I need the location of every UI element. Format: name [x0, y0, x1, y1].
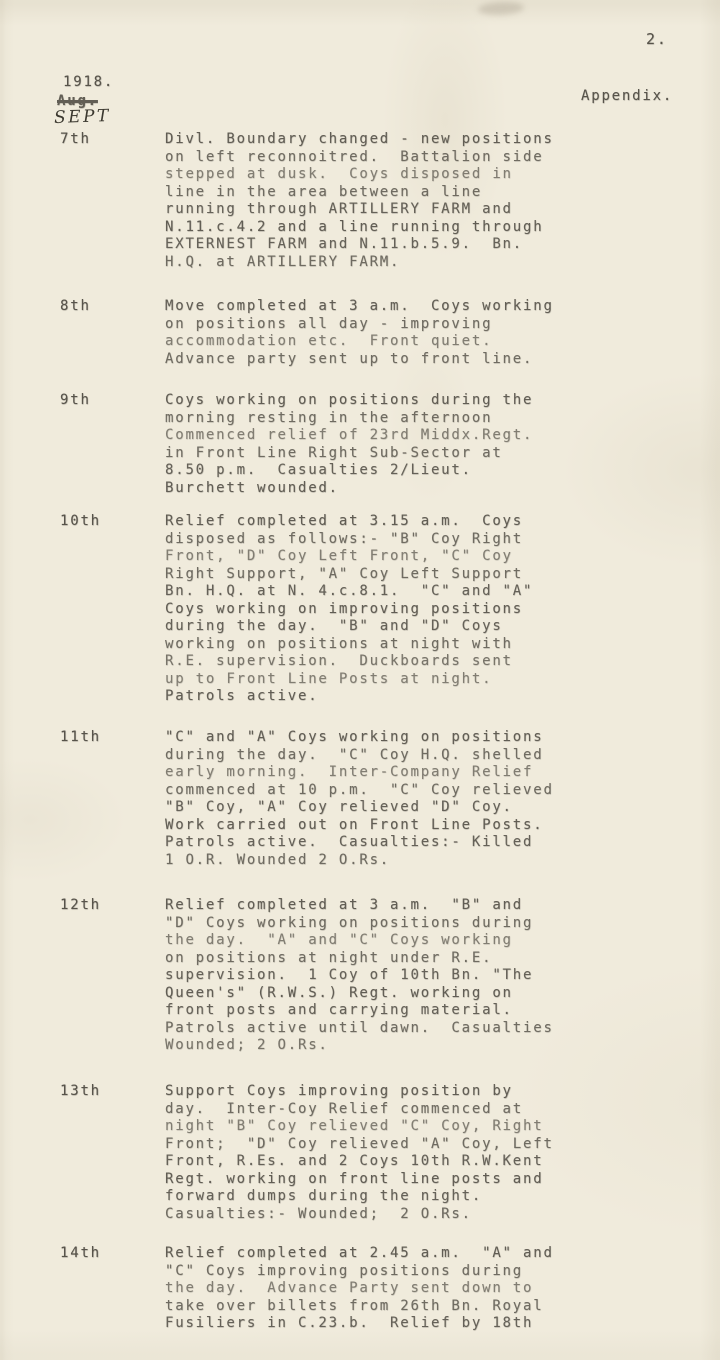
entry-text-line: front posts and carrying material.: [165, 1002, 554, 1020]
entry-text-line: early morning. Inter-Company Relief: [165, 764, 554, 782]
entry-text-line: Casualties:- Wounded; 2 O.Rs.: [165, 1206, 554, 1224]
entry-text-line: up to Front Line Posts at night.: [165, 671, 533, 689]
entry-text-line: Advance party sent up to front line.: [165, 351, 554, 369]
entry-text-line: in Front Line Right Sub-Sector at: [165, 445, 533, 463]
entry-body: Relief completed at 2.45 a.m. "A" and"C"…: [165, 1245, 554, 1333]
entry-text-line: line in the area between a line: [165, 184, 554, 202]
entry-text-line: during the day. "C" Coy H.Q. shelled: [165, 747, 554, 765]
entry-text-line: Front, R.Es. and 2 Coys 10th R.W.Kent: [165, 1153, 554, 1171]
entry-text-line: Fusiliers in C.23.b. Relief by 18th: [165, 1315, 554, 1333]
entry-text-line: Front; "D" Coy relieved "A" Coy, Left: [165, 1136, 554, 1154]
entry-day-label: 11th: [60, 729, 101, 745]
entry-body: "C" and "A" Coys working on positionsdur…: [165, 729, 554, 869]
entries: 7th Divl. Boundary changed - new positio…: [0, 0, 720, 1360]
entry-text-line: Divl. Boundary changed - new positions: [165, 131, 554, 149]
entry-body: Support Coys improving position byday. I…: [165, 1083, 554, 1223]
entry-text-line: Move completed at 3 a.m. Coys working: [165, 298, 554, 316]
entry-text-line: Support Coys improving position by: [165, 1083, 554, 1101]
entry-text-line: accommodation etc. Front quiet.: [165, 333, 554, 351]
entry-body: Coys working on positions during themorn…: [165, 392, 533, 497]
entry-text-line: Queen's" (R.W.S.) Regt. working on: [165, 985, 554, 1003]
entry-text-line: Burchett wounded.: [165, 480, 533, 498]
entry-text-line: Regt. working on front line posts and: [165, 1171, 554, 1189]
entry-text-line: Front, "D" Coy Left Front, "C" Coy: [165, 548, 533, 566]
entry-day-label: 10th: [60, 513, 101, 529]
entry-text-line: supervision. 1 Coy of 10th Bn. "The: [165, 967, 554, 985]
entry-body: Relief completed at 3.15 a.m. Coysdispos…: [165, 513, 533, 706]
entry-text-line: forward dumps during the night.: [165, 1188, 554, 1206]
entry-day-label: 14th: [60, 1245, 101, 1261]
entry-text-line: night "B" Coy relieved "C" Coy, Right: [165, 1118, 554, 1136]
entry-text-line: "D" Coys working on positions during: [165, 915, 554, 933]
entry-text-line: "B" Coy, "A" Coy relieved "D" Coy.: [165, 799, 554, 817]
entry-text-line: Work carried out on Front Line Posts.: [165, 817, 554, 835]
entry-text-line: running through ARTILLERY FARM and: [165, 201, 554, 219]
entry-text-line: Patrols active until dawn. Casualties: [165, 1020, 554, 1038]
entry-text-line: Coys working on improving positions: [165, 601, 533, 619]
entry-text-line: stepped at dusk. Coys disposed in: [165, 166, 554, 184]
entry-body: Divl. Boundary changed - new positionson…: [165, 131, 554, 271]
entry-text-line: Coys working on positions during the: [165, 392, 533, 410]
entry-text-line: take over billets from 26th Bn. Royal: [165, 1298, 554, 1316]
entry-text-line: EXTERNEST FARM and N.11.b.5.9. Bn.: [165, 236, 554, 254]
entry-text-line: during the day. "B" and "D" Coys: [165, 618, 533, 636]
entry-text-line: Patrols active. Casualties:- Killed: [165, 834, 554, 852]
entry-text-line: Patrols active.: [165, 688, 533, 706]
entry-text-line: Bn. H.Q. at N. 4.c.8.1. "C" and "A": [165, 583, 533, 601]
entry-text-line: N.11.c.4.2 and a line running through: [165, 219, 554, 237]
entry-text-line: Commenced relief of 23rd Middx.Regt.: [165, 427, 533, 445]
entry-day-label: 9th: [60, 392, 91, 408]
entry-text-line: 8.50 p.m. Casualties 2/Lieut.: [165, 462, 533, 480]
entry-text-line: Relief completed at 3 a.m. "B" and: [165, 897, 554, 915]
entry-day-label: 13th: [60, 1083, 101, 1099]
entry-text-line: the day. Advance Party sent down to: [165, 1280, 554, 1298]
entry-text-line: Right Support, "A" Coy Left Support: [165, 566, 533, 584]
entry-day-label: 12th: [60, 897, 101, 913]
entry-text-line: on positions all day - improving: [165, 316, 554, 334]
entry-body: Relief completed at 3 a.m. "B" and"D" Co…: [165, 897, 554, 1055]
entry-text-line: H.Q. at ARTILLERY FARM.: [165, 254, 554, 272]
entry-text-line: Relief completed at 3.15 a.m. Coys: [165, 513, 533, 531]
entry-text-line: working on positions at night with: [165, 636, 533, 654]
entry-text-line: commenced at 10 p.m. "C" Coy relieved: [165, 782, 554, 800]
entry-text-line: on positions at night under R.E.: [165, 950, 554, 968]
entry-text-line: Wounded; 2 O.Rs.: [165, 1037, 554, 1055]
entry-text-line: R.E. supervision. Duckboards sent: [165, 653, 533, 671]
entry-text-line: "C" and "A" Coys working on positions: [165, 729, 554, 747]
entry-day-label: 7th: [60, 131, 91, 147]
entry-text-line: on left reconnoitred. Battalion side: [165, 149, 554, 167]
entry-text-line: day. Inter-Coy Relief commenced at: [165, 1101, 554, 1119]
document-page: 2. Appendix. 1918. Aug. SEPT 7th Divl. B…: [0, 0, 720, 1360]
entry-text-line: the day. "A" and "C" Coys working: [165, 932, 554, 950]
entry-text-line: "C" Coys improving positions during: [165, 1263, 554, 1281]
entry-text-line: Relief completed at 2.45 a.m. "A" and: [165, 1245, 554, 1263]
entry-text-line: disposed as follows:- "B" Coy Right: [165, 531, 533, 549]
entry-text-line: 1 O.R. Wounded 2 O.Rs.: [165, 852, 554, 870]
entry-day-label: 8th: [60, 298, 91, 314]
entry-body: Move completed at 3 a.m. Coys workingon …: [165, 298, 554, 368]
entry-text-line: morning resting in the afternoon: [165, 410, 533, 428]
